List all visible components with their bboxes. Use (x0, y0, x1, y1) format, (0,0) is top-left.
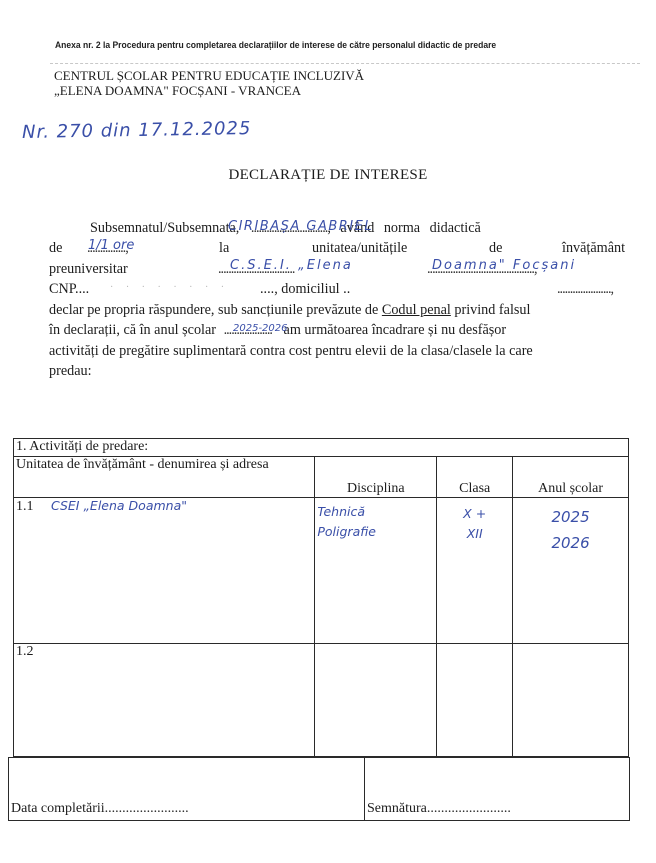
header-class: Clasa (437, 457, 513, 498)
institution-name-line1: CENTRUL ȘCOLAR PENTRU EDUCAȚIE INCLUZIVĂ (54, 68, 364, 84)
line5-text-b: privind falsul (454, 302, 530, 318)
unit-handwritten-2: Doamna" Focșani (432, 258, 576, 273)
unit-handwritten-1: C.S.E.I. „Elena (230, 258, 353, 273)
name-handwritten: CIRIBAȘA GABRIEL (228, 219, 373, 234)
date-completed-label: Data completării........................ (11, 801, 189, 817)
document-title: DECLARAȚIE DE INTERESE (0, 167, 656, 184)
de2-label: de (489, 238, 502, 258)
domiciliul-label: ...., domiciliul .. (260, 279, 350, 299)
subsemnatul-label: Subsemnatul/Subsemnata, (90, 220, 239, 236)
preuniversitar-label: preuniversitar (49, 261, 128, 277)
de-label: de (49, 240, 62, 256)
header-unit: Unitatea de învățământ - denumirea și ad… (14, 457, 315, 498)
invatamant-label: învățământ (562, 238, 625, 258)
row-unit-cell: 1.1 CSEI „Elena Doamna" (14, 498, 315, 644)
cnp-label: CNP.... (49, 281, 89, 297)
la-label: la (219, 238, 229, 258)
row-year-handwritten: 2025 2026 (546, 504, 596, 556)
annex-header: Anexa nr. 2 la Procedura pentru completa… (55, 40, 496, 50)
domiciliu-field-dots: ....................., (557, 279, 613, 299)
unitatea-label: unitatea/unitățile (312, 238, 407, 258)
declaration-line-2: de ..............., la unitatea/unitățil… (49, 238, 629, 258)
row-discipline-cell (315, 644, 437, 757)
section-title: 1. Activități de predare: (14, 439, 629, 457)
header-school-year: Anul școlar (513, 457, 629, 498)
codul-penal-link: Codul penal (382, 302, 451, 318)
signature-block: Data completării........................… (8, 757, 630, 821)
header-divider (50, 63, 640, 64)
signature-cell: Semnătura........................ (365, 758, 629, 820)
institution-name-line2: „ELENA DOAMNA" FOCȘANI - VRANCEA (54, 83, 301, 99)
declaration-line-5: declar pe propria răspundere, sub sancți… (49, 300, 530, 320)
row-discipline-cell: Tehnică Poligrafie (315, 498, 437, 644)
row-discipline-handwritten: Tehnică Poligrafie (317, 502, 397, 542)
row-class-cell (437, 644, 513, 757)
row-number: 1.1 (16, 499, 34, 514)
line6-text-b: am următoarea încadrare și nu desfășor (284, 322, 507, 338)
row-year-cell (513, 644, 629, 757)
table-row: 1.2 (14, 644, 629, 757)
declaration-line-8: predau: (49, 361, 92, 381)
norm-handwritten: 1/1 ore (88, 238, 134, 253)
declaration-line-7: activități de pregătire suplimentară con… (49, 341, 533, 361)
row-year-cell: 2025 2026 (513, 498, 629, 644)
school-year-handwritten: 2025-2026 (233, 323, 288, 334)
row-unit-handwritten: CSEI „Elena Doamna" (51, 498, 187, 513)
table-row: 1.1 CSEI „Elena Doamna" Tehnică Poligraf… (14, 498, 629, 644)
line5-text-a: declar pe propria răspundere, sub sancți… (49, 302, 378, 318)
row-unit-cell: 1.2 (14, 644, 315, 757)
registration-number: Nr. 270 din 17.12.2025 (22, 118, 252, 143)
teaching-activities-table: 1. Activități de predare: Unitatea de în… (13, 438, 629, 757)
date-cell: Data completării........................ (9, 758, 365, 820)
row-number: 1.2 (16, 644, 34, 659)
row-class-cell: X + XII (437, 498, 513, 644)
row-class-handwritten: X + XII (460, 504, 490, 544)
line6-text-a: în declarații, că în anul școlar (49, 322, 216, 338)
header-discipline: Disciplina (315, 457, 437, 498)
cnp-redacted: · · · · · · · · (110, 282, 229, 293)
signature-label: Semnătura........................ (367, 801, 511, 817)
